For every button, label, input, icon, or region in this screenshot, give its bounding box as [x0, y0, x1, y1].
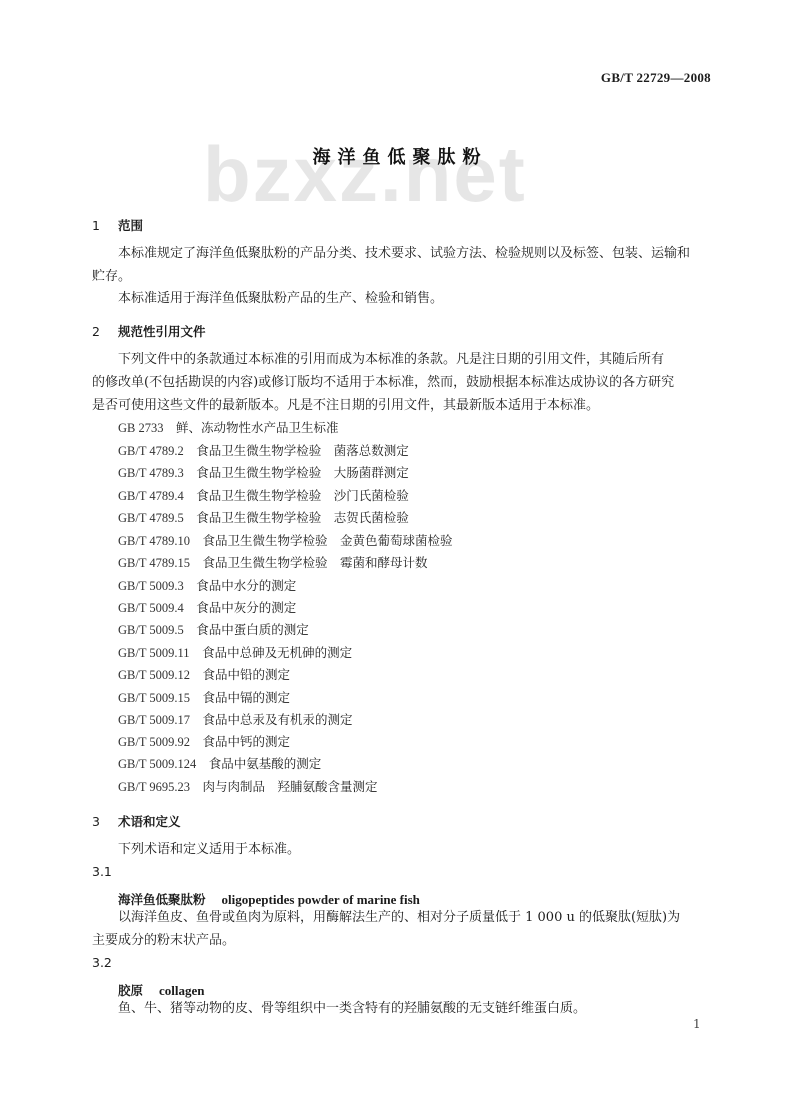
- reference-code: GB/T 5009.11: [118, 646, 190, 660]
- term-chinese: 胶原: [118, 983, 143, 998]
- reference-title: 食品卫生微生物学检验 沙门氏菌检验: [196, 488, 409, 503]
- reference-item: GB/T 4789.4 食品卫生微生物学检验 沙门氏菌检验: [118, 486, 409, 504]
- paragraph: 本标准适用于海洋鱼低聚肽粉产品的生产、检验和销售。: [118, 287, 443, 310]
- reference-code: GB/T 4789.15: [118, 556, 190, 570]
- reference-item: GB/T 4789.10 食品卫生微生物学检验 金黄色葡萄球菌检验: [118, 531, 453, 549]
- reference-code: GB/T 4789.3: [118, 466, 184, 480]
- reference-item: GB/T 5009.3 食品中水分的测定: [118, 576, 296, 594]
- paragraph: 的修改单(不包括勘误的内容)或修订版均不适用于本标准，然而，鼓励根据本标准达成协…: [92, 371, 674, 394]
- reference-code: GB/T 4789.10: [118, 534, 190, 548]
- reference-code: GB/T 5009.12: [118, 668, 190, 682]
- reference-title: 肉与肉制品 羟脯氨酸含量测定: [203, 779, 378, 794]
- reference-item: GB/T 4789.3 食品卫生微生物学检验 大肠菌群测定: [118, 463, 409, 481]
- reference-title: 食品卫生微生物学检验 菌落总数测定: [196, 443, 409, 458]
- reference-title: 食品中镉的测定: [203, 690, 291, 705]
- paragraph: 本标准规定了海洋鱼低聚肽粉的产品分类、技术要求、试验方法、检验规则以及标签、包装…: [118, 242, 690, 265]
- term-definition: 主要成分的粉末状产品。: [92, 929, 235, 952]
- reference-item: GB/T 4789.15 食品卫生微生物学检验 霉菌和酵母计数: [118, 553, 428, 571]
- section-number: 2: [92, 324, 118, 339]
- document-title: 海洋鱼低聚肽粉: [0, 143, 800, 169]
- reference-title: 食品中灰分的测定: [196, 600, 296, 615]
- paragraph: 是否可使用这些文件的最新版本。凡是不注日期的引用文件，其最新版本适用于本标准。: [92, 394, 599, 417]
- reference-item: GB/T 5009.4 食品中灰分的测定: [118, 598, 296, 616]
- reference-title: 食品中铅的测定: [203, 667, 291, 682]
- paragraph: 贮存。: [92, 265, 131, 288]
- reference-title: 食品卫生微生物学检验 金黄色葡萄球菌检验: [203, 533, 453, 548]
- reference-code: GB/T 5009.124: [118, 757, 196, 771]
- paragraph: 下列文件中的条款通过本标准的引用而成为本标准的条款。凡是注日期的引用文件，其随后…: [118, 348, 664, 371]
- reference-code: GB/T 5009.92: [118, 735, 190, 749]
- term-chinese: 海洋鱼低聚肽粉: [118, 892, 206, 907]
- reference-code: GB/T 4789.2: [118, 444, 184, 458]
- reference-title: 食品卫生微生物学检验 霉菌和酵母计数: [203, 555, 428, 570]
- reference-item: GB/T 5009.15 食品中镉的测定: [118, 688, 290, 706]
- reference-title: 食品中总砷及无机砷的测定: [202, 645, 352, 660]
- reference-title: 食品中水分的测定: [196, 578, 296, 593]
- term-definition: 以海洋鱼皮、鱼骨或鱼肉为原料，用酶解法生产的、相对分子质量低于 1 000 u …: [118, 906, 680, 929]
- term-definition: 鱼、牛、猪等动物的皮、骨等组织中一类含特有的羟脯氨酸的无支链纤维蛋白质。: [118, 997, 586, 1020]
- section-number: 3: [92, 814, 118, 829]
- reference-item: GB/T 4789.2 食品卫生微生物学检验 菌落总数测定: [118, 441, 409, 459]
- reference-title: 食品中氨基酸的测定: [209, 756, 322, 771]
- standard-number: GB/T 22729—2008: [601, 70, 711, 86]
- reference-item: GB 2733 鲜、冻动物性水产品卫生标准: [118, 418, 339, 436]
- reference-title: 食品中钙的测定: [203, 734, 291, 749]
- reference-code: GB/T 5009.17: [118, 713, 190, 727]
- section-heading-normative-references: 2规范性引用文件: [92, 322, 206, 340]
- section-title: 术语和定义: [118, 814, 181, 829]
- term-number: 3.2: [92, 955, 112, 970]
- term-number: 3.1: [92, 864, 112, 879]
- reference-code: GB/T 5009.5: [118, 623, 184, 637]
- reference-code: GB 2733: [118, 421, 164, 435]
- reference-code: GB/T 5009.4: [118, 601, 184, 615]
- reference-code: GB/T 4789.4: [118, 489, 184, 503]
- reference-item: GB/T 9695.23 肉与肉制品 羟脯氨酸含量测定: [118, 777, 378, 795]
- reference-code: GB/T 5009.15: [118, 691, 190, 705]
- reference-item: GB/T 5009.11 食品中总砷及无机砷的测定: [118, 643, 352, 661]
- section-title: 规范性引用文件: [118, 324, 206, 339]
- reference-item: GB/T 5009.12 食品中铅的测定: [118, 665, 290, 683]
- reference-item: GB/T 5009.124 食品中氨基酸的测定: [118, 754, 321, 772]
- reference-item: GB/T 5009.5 食品中蛋白质的测定: [118, 620, 309, 638]
- reference-code: GB/T 9695.23: [118, 780, 190, 794]
- reference-title: 食品中蛋白质的测定: [196, 622, 309, 637]
- reference-title: 食品卫生微生物学检验 志贺氏菌检验: [196, 510, 409, 525]
- reference-title: 食品中总汞及有机汞的测定: [203, 712, 353, 727]
- reference-code: GB/T 5009.3: [118, 579, 184, 593]
- reference-item: GB/T 5009.17 食品中总汞及有机汞的测定: [118, 710, 353, 728]
- section-number: 1: [92, 218, 118, 233]
- reference-item: GB/T 4789.5 食品卫生微生物学检验 志贺氏菌检验: [118, 508, 409, 526]
- paragraph: 下列术语和定义适用于本标准。: [118, 838, 300, 861]
- reference-title: 鲜、冻动物性水产品卫生标准: [176, 420, 339, 435]
- term-english: collagen: [159, 983, 205, 998]
- section-title: 范围: [118, 218, 143, 233]
- page-number: 1: [693, 1017, 701, 1031]
- section-heading-scope: 1范围: [92, 216, 143, 234]
- term-english: oligopeptides powder of marine fish: [222, 892, 420, 907]
- reference-code: GB/T 4789.5: [118, 511, 184, 525]
- reference-title: 食品卫生微生物学检验 大肠菌群测定: [196, 465, 409, 480]
- section-heading-terms-definitions: 3术语和定义: [92, 812, 181, 830]
- reference-item: GB/T 5009.92 食品中钙的测定: [118, 732, 290, 750]
